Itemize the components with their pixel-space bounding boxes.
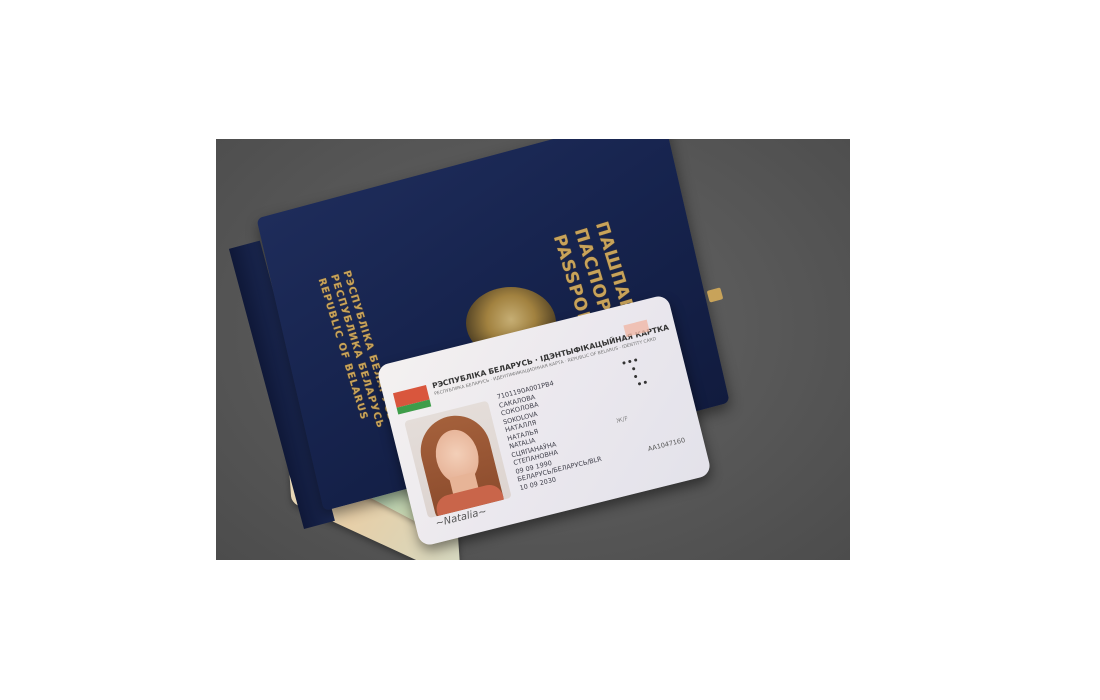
sex: Ж/F: [616, 415, 629, 425]
biometric-chip-icon: [707, 287, 724, 302]
belarus-flag-icon: [393, 385, 431, 415]
document-number: AA1047160: [647, 436, 686, 453]
tactile-dots-icon: [622, 357, 649, 391]
id-card-fields: 7101190A001PB4 САКАЛОВА СОКОЛОВА SOKOLOV…: [496, 372, 605, 492]
photograph: РЭСПУБЛІКА БЕЛАРУСЬ РЕСПУБЛИКА БЕЛАРУСЬ …: [216, 139, 850, 560]
holder-portrait: [404, 401, 512, 519]
